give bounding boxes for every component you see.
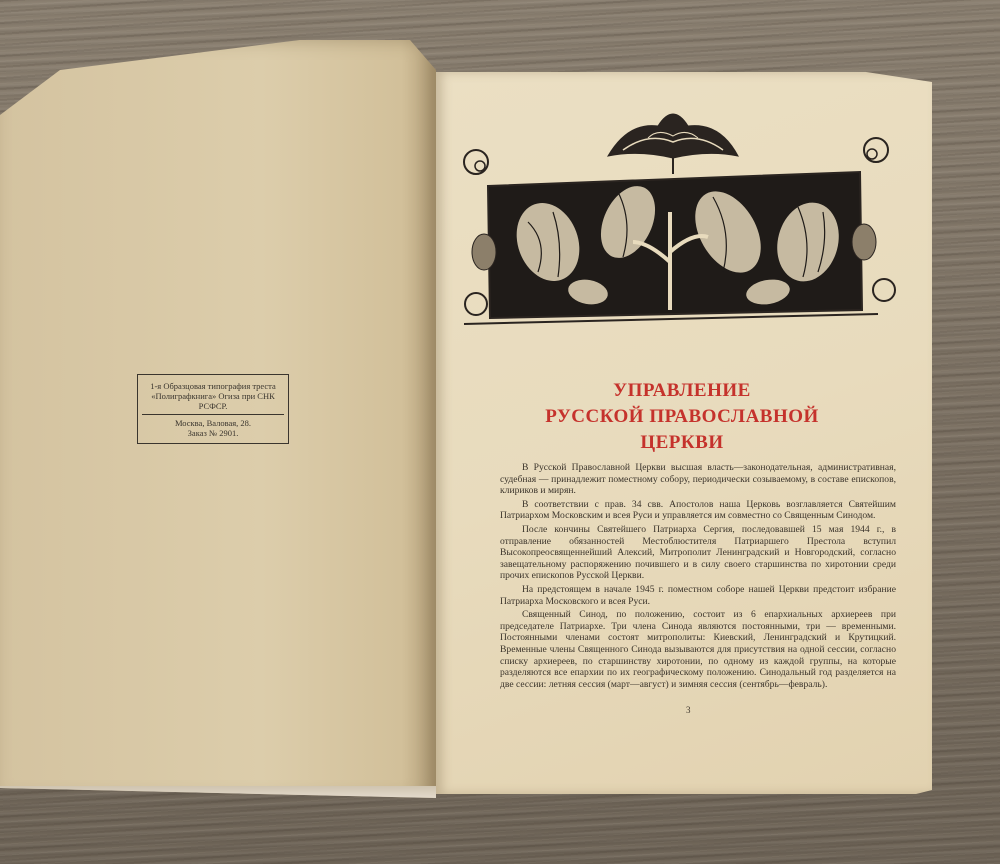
imprint-line: 1-я Образцовая типография треста	[146, 381, 280, 391]
paragraph: В соответствии с прав. 34 свв. Апостолов…	[500, 499, 896, 522]
imprint-line: Заказ № 2901.	[138, 428, 288, 438]
title-line: РУССКОЙ ПРАВОСЛАВНОЙ	[476, 404, 888, 430]
paragraph: После кончины Святейшего Патриарха Серги…	[500, 524, 896, 582]
paragraph: В Русской Православной Церкви высшая вла…	[500, 462, 896, 497]
imprint-printer: 1-я Образцовая типография треста «Полигр…	[142, 381, 284, 415]
imprint-line: «Полиграфкнига» Огиза при СНК	[146, 391, 280, 401]
right-page: УПРАВЛЕНИЕ РУССКОЙ ПРАВОСЛАВНОЙ ЦЕРКВИ В…	[436, 72, 932, 794]
chapter-title: УПРАВЛЕНИЕ РУССКОЙ ПРАВОСЛАВНОЙ ЦЕРКВИ	[476, 378, 888, 456]
page-number: 3	[686, 705, 691, 715]
paragraph: На предстоящем в начале 1945 г. поместно…	[500, 584, 896, 607]
printer-imprint-box: 1-я Образцовая типография треста «Полигр…	[137, 374, 289, 444]
imprint-line: РСФСР.	[146, 401, 280, 411]
body-text: В Русской Православной Церкви высшая вла…	[500, 462, 896, 690]
title-line: ЦЕРКВИ	[476, 430, 888, 456]
left-page: 1-я Образцовая типография треста «Полигр…	[0, 40, 436, 800]
title-line: УПРАВЛЕНИЕ	[476, 378, 888, 404]
imprint-address: Москва, Валовая, 28. Заказ № 2901.	[138, 415, 288, 438]
ornament-headpiece-icon	[458, 92, 898, 334]
paragraph: Священный Синод, по положению, состоит и…	[500, 609, 896, 690]
imprint-line: Москва, Валовая, 28.	[138, 418, 288, 428]
